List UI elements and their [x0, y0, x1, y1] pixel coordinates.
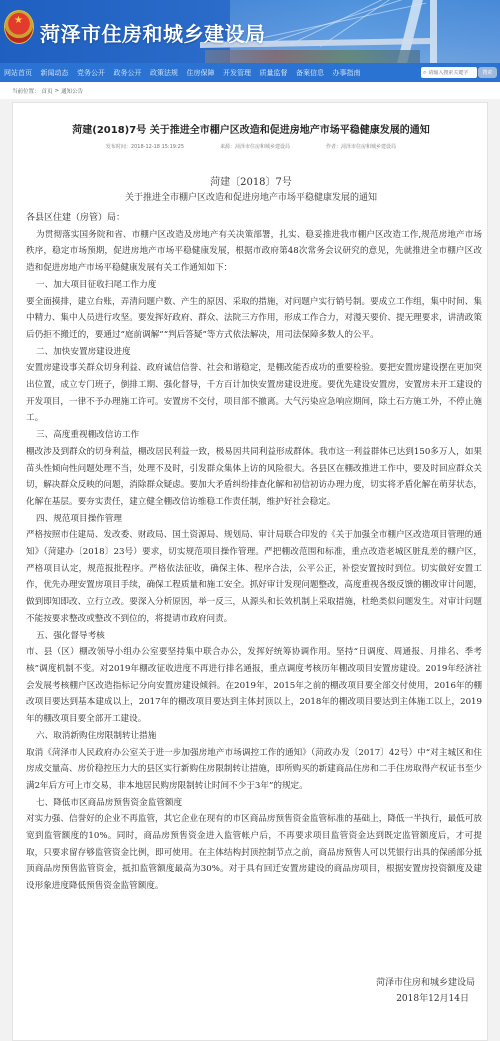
article-body: 各县区住建（房管）局： 为贯彻落实国务院和省、市棚户区改造及房地产有关决策部署，… [26, 210, 482, 895]
bridge-traffic [205, 50, 420, 63]
section-heading: 二、加快安置房建设进度 [26, 344, 482, 361]
search-button[interactable]: 搜索 [478, 67, 497, 78]
document-number: 菏建〔2018〕7号 [13, 173, 489, 188]
nav-item-home[interactable]: 网站首页 [4, 68, 32, 78]
national-emblem-icon: ★ [4, 10, 34, 44]
breadcrumb-home[interactable]: 首页 [42, 87, 53, 95]
main-nav: 网站首页 新闻动态 党务公开 政务公开 政策法规 住房保障 开发管理 质量监督 … [0, 63, 500, 82]
nav-item-policies[interactable]: 政策法规 [150, 68, 178, 78]
nav-item-news[interactable]: 新闻动态 [41, 68, 69, 78]
article-meta: 发布时间：2018-12-18 15:19:25 来源：菏泽市住房和城乡建设局 … [13, 143, 489, 150]
section-heading: 六、取消新购住房限制转让措施 [26, 728, 482, 745]
nav-item-filing-info[interactable]: 备案信息 [296, 68, 324, 78]
nav-item-quality-supervision[interactable]: 质量监督 [260, 68, 288, 78]
section-paragraph: 安置房建设事关群众切身利益、政府诚信信誉、社会和谐稳定，是棚改能否成功的重要检验… [26, 360, 482, 427]
section-heading: 七、降低市区商品房预售资金监管额度 [26, 795, 482, 812]
section-heading: 一、加大项目征收扫尾工作力度 [26, 277, 482, 294]
section-paragraph: 要全面摸排，建立台账，弄清问题户数、产生的原因、采取的措施，对问题户实行销号制。… [26, 294, 482, 344]
article-author: 作者：菏泽市住房和城乡建设局 [326, 143, 396, 150]
intro-paragraph: 为贯彻落实国务院和省、市棚户区改造及房地产有关决策部署，扎实、稳妥推进我市棚户区… [26, 227, 482, 277]
section-paragraph: 棚改涉及到群众的切身利益，棚改居民利益一致，极易因共同利益形成群体。我市这一利益… [26, 444, 482, 511]
breadcrumb-current[interactable]: 通知公告 [61, 87, 83, 95]
section-paragraph: 严格按照市住建局、发改委、财政局、国土资源局、规划局、审计局联合印发的《关于加强… [26, 527, 482, 627]
article-container: 菏建(2018)7号 关于推进全市棚户区改造和促进房地产市场平稳健康发展的通知 … [12, 102, 488, 1041]
article-title: 菏建(2018)7号 关于推进全市棚户区改造和促进房地产市场平稳健康发展的通知 [13, 121, 489, 136]
site-banner: ★ 菏泽市住房和城乡建设局 [0, 0, 500, 63]
salutation: 各县区住建（房管）局： [26, 210, 482, 227]
section-paragraph: 市、县（区）棚改领导小组办公室要坚持集中联合办公，发挥好统筹协调作用。坚持“日调… [26, 644, 482, 728]
nav-item-service-guide[interactable]: 办事指南 [333, 68, 361, 78]
section-heading: 五、强化督导考核 [26, 628, 482, 645]
section-heading: 四、规范项目操作管理 [26, 511, 482, 528]
breadcrumb: 当前位置： 首页 > 通知公告 [0, 82, 500, 99]
section-paragraph: 对实力强、信誉好的企业不再监管，其它企业在现有的市区商品房预售资金监管标准的基础… [26, 811, 482, 895]
signature-org: 菏泽市住房和城乡建设局 [376, 975, 475, 991]
breadcrumb-prefix: 当前位置： [12, 87, 40, 95]
signature-block: 菏泽市住房和城乡建设局 2018年12月14日 [376, 975, 475, 1007]
nav-item-party-affairs[interactable]: 党务公开 [77, 68, 105, 78]
bridge-tower [430, 0, 437, 63]
search-icon: ⌕ [423, 69, 426, 77]
search-input[interactable] [428, 70, 474, 76]
section-paragraph: 取消《菏泽市人民政府办公室关于进一步加强房地产市场调控工作的通知》（菏政办发〔2… [26, 745, 482, 795]
breadcrumb-separator: > [55, 88, 60, 94]
search-box: ⌕ [421, 67, 477, 78]
nav-item-housing-security[interactable]: 住房保障 [187, 68, 215, 78]
article-source: 来源：菏泽市住房和城乡建设局 [220, 143, 290, 150]
signature-date: 2018年12月14日 [376, 991, 475, 1007]
document-subtitle: 关于推进全市棚户区改造和促进房地产市场平稳健康发展的通知 [13, 190, 489, 203]
section-heading: 三、高度重视棚改信访工作 [26, 427, 482, 444]
nav-item-government-affairs[interactable]: 政务公开 [114, 68, 142, 78]
nav-item-development[interactable]: 开发管理 [223, 68, 251, 78]
publish-time: 发布时间：2018-12-18 15:19:25 [106, 143, 184, 150]
site-title: 菏泽市住房和城乡建设局 [40, 18, 266, 47]
